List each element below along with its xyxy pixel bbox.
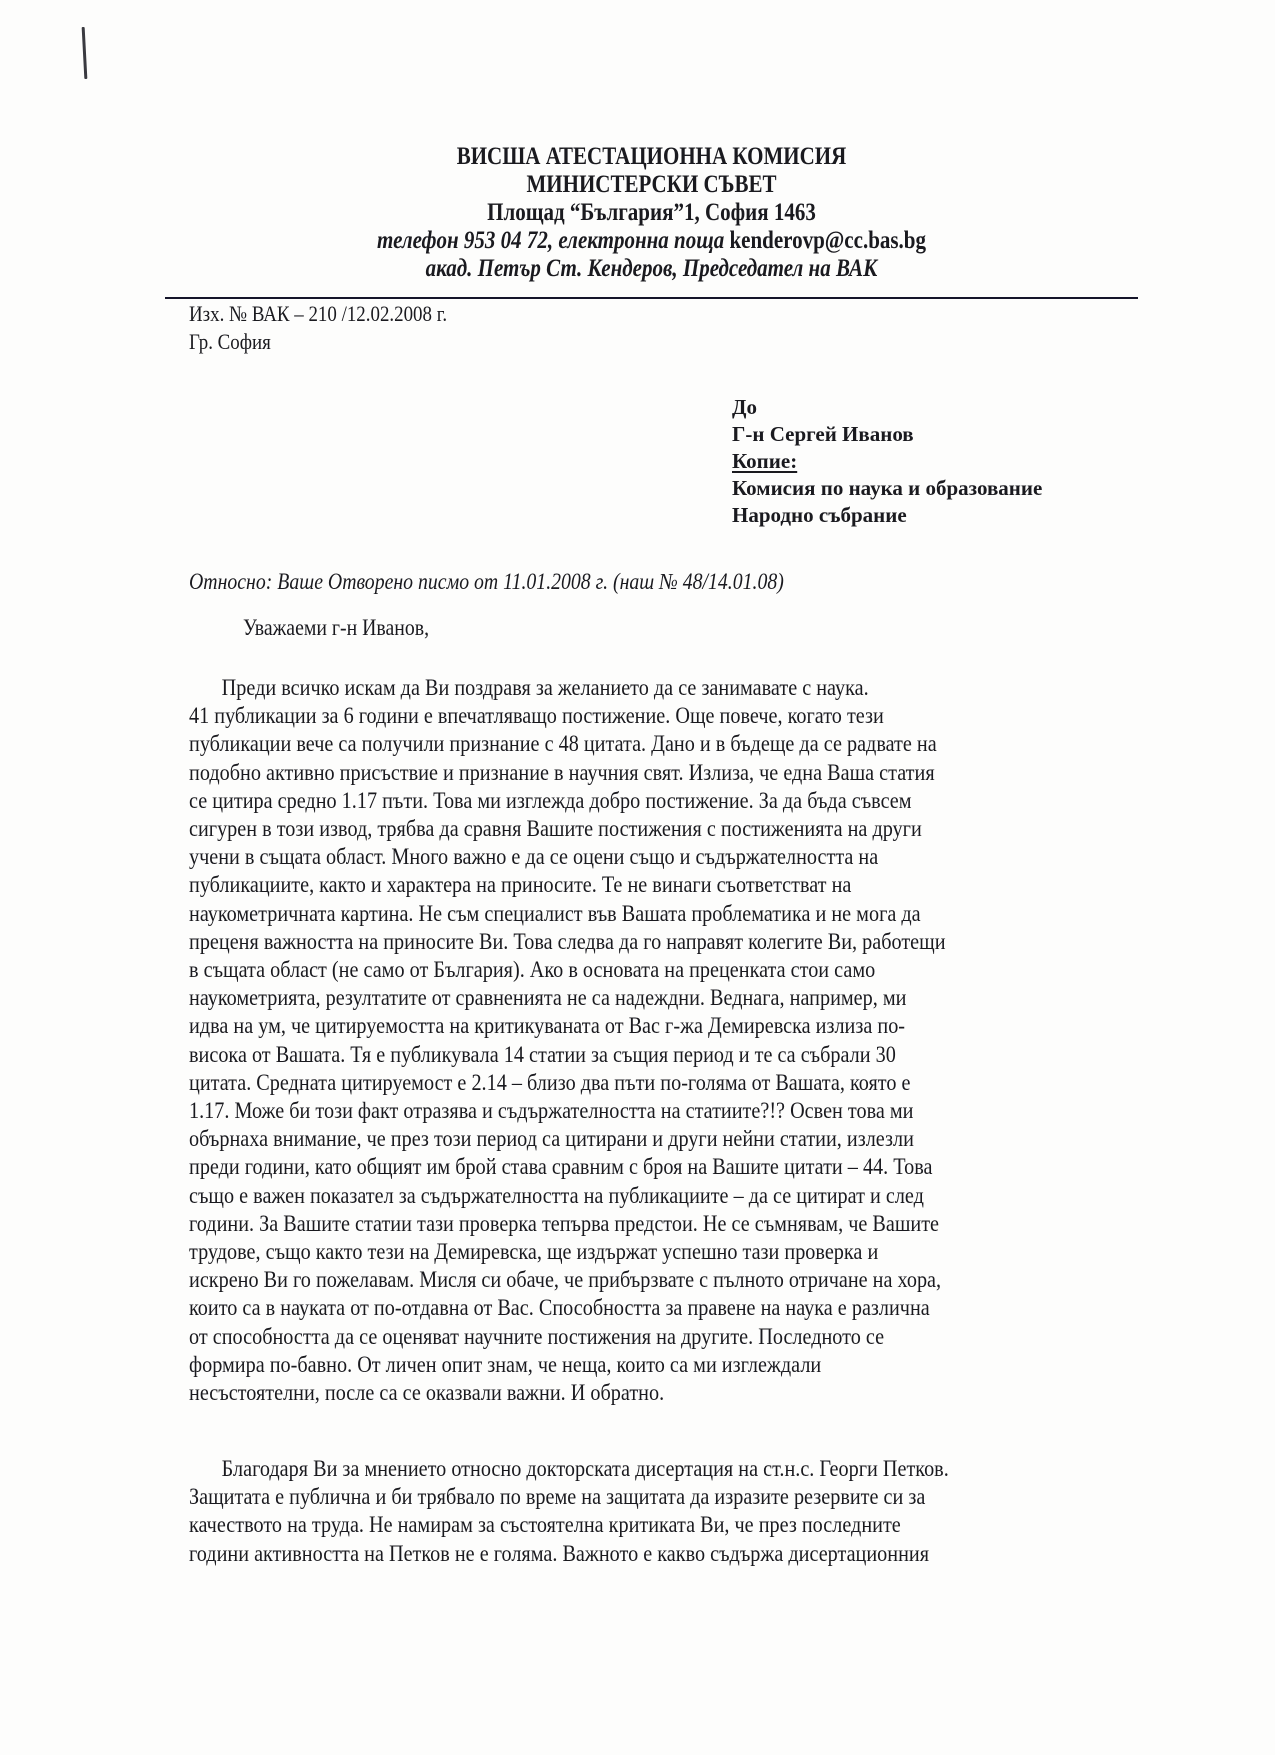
outgoing-number: Изх. № ВАК – 210 /12.02.2008 г. — [189, 300, 447, 328]
paragraph-line: искрено Ви го пожелавам. Мисля си обаче,… — [189, 1266, 946, 1294]
paragraph-line: публикациите, както и характера на прино… — [189, 871, 946, 899]
paragraph-line: се цитира средно 1.17 пъти. Това ми изгл… — [189, 787, 946, 815]
paragraph-line: Преди всичко искам да Ви поздравя за жел… — [189, 674, 946, 702]
parent-body: МИНИСТЕРСКИ СЪВЕТ — [243, 171, 1060, 199]
paragraph-line: също е важен показател за съдържателност… — [189, 1182, 946, 1210]
paragraph-line: несъстоятелни, после са се оказвали важн… — [189, 1379, 946, 1407]
signatory: акад. Петър Ст. Кендеров, Председател на… — [243, 255, 1060, 283]
paragraph-line: публикации вече са получили признание с … — [189, 730, 946, 758]
paragraph-line: години. За Вашите статии тази проверка т… — [189, 1210, 946, 1238]
contact-line: телефон 953 04 72, електронна поща kende… — [243, 227, 1060, 255]
recipient-block: До Г-н Сергей Иванов Копие: Комисия по н… — [732, 394, 1042, 529]
address: Площад “България”1, София 1463 — [243, 199, 1060, 227]
pen-mark — [82, 27, 88, 79]
paragraph-line: идва на ум, че цитируемостта на критикув… — [189, 1012, 946, 1040]
paragraph-line: години активността на Петков не е голяма… — [189, 1540, 949, 1568]
paragraph-line: цитата. Средната цитируемост е 2.14 – бл… — [189, 1069, 946, 1097]
paragraph-line: 1.17. Може би този факт отразява и съдър… — [189, 1097, 946, 1125]
contact-prefix: телефон 953 04 72, електронна поща — [377, 227, 729, 254]
paragraph-line: трудове, също както тези на Демиревска, … — [189, 1238, 946, 1266]
paragraph-line: които са в науката от по-отдавна от Вас.… — [189, 1294, 946, 1322]
copy-line: Народно събрание — [732, 502, 1042, 529]
subject-line: Относно: Ваше Отворено писмо от 11.01.20… — [189, 568, 784, 596]
paragraph-line: 41 публикации за 6 години е впечатляващо… — [189, 702, 946, 730]
paragraph-line: качеството на труда. Не намирам за състо… — [189, 1511, 949, 1539]
letterhead-divider — [165, 297, 1138, 299]
paragraph-line: преди години, като общият им брой става … — [189, 1153, 946, 1181]
city: Гр. София — [189, 328, 447, 356]
paragraph-line: наукометричната картина. Не съм специали… — [189, 900, 946, 928]
body-paragraph: Благодаря Ви за мнението относно докторс… — [189, 1455, 949, 1568]
reference-block: Изх. № ВАК – 210 /12.02.2008 г. Гр. Софи… — [189, 300, 447, 356]
body-paragraph: Преди всичко искам да Ви поздравя за жел… — [189, 674, 946, 1407]
copy-label: Копие: — [732, 448, 1042, 475]
to-label: До — [732, 394, 1042, 421]
paragraph-line: преценя важността на приносите Ви. Това … — [189, 928, 946, 956]
org-name: ВИСША АТЕСТАЦИОННА КОМИСИЯ — [243, 143, 1060, 171]
paragraph-line: формира по-бавно. От личен опит знам, че… — [189, 1351, 946, 1379]
paragraph-line: Благодаря Ви за мнението относно докторс… — [189, 1455, 949, 1483]
paragraph-line: наукометрията, резултатите от сравненият… — [189, 984, 946, 1012]
letter-page: ВИСША АТЕСТАЦИОННА КОМИСИЯ МИНИСТЕРСКИ С… — [0, 0, 1275, 1755]
paragraph-line: от способността да се оценяват научните … — [189, 1323, 946, 1351]
to-name: Г-н Сергей Иванов — [732, 421, 1042, 448]
paragraph-line: подобно активно присъствие и признание в… — [189, 759, 946, 787]
paragraph-line: учени в същата област. Много важно е да … — [189, 843, 946, 871]
letterhead: ВИСША АТЕСТАЦИОННА КОМИСИЯ МИНИСТЕРСКИ С… — [243, 143, 1060, 283]
salutation: Уважаеми г-н Иванов, — [243, 614, 429, 642]
paragraph-line: обърнаха внимание, че през този период с… — [189, 1125, 946, 1153]
paragraph-line: висока от Вашата. Тя е публикувала 14 ст… — [189, 1041, 946, 1069]
paragraph-line: сигурен в този извод, трябва да сравня В… — [189, 815, 946, 843]
paragraph-line: в същата област (не само от България). А… — [189, 956, 946, 984]
copy-line: Комисия по наука и образование — [732, 475, 1042, 502]
email-link[interactable]: kenderovp@cc.bas.bg — [729, 227, 926, 254]
paragraph-line: Защитата е публична и би трябвало по вре… — [189, 1483, 949, 1511]
